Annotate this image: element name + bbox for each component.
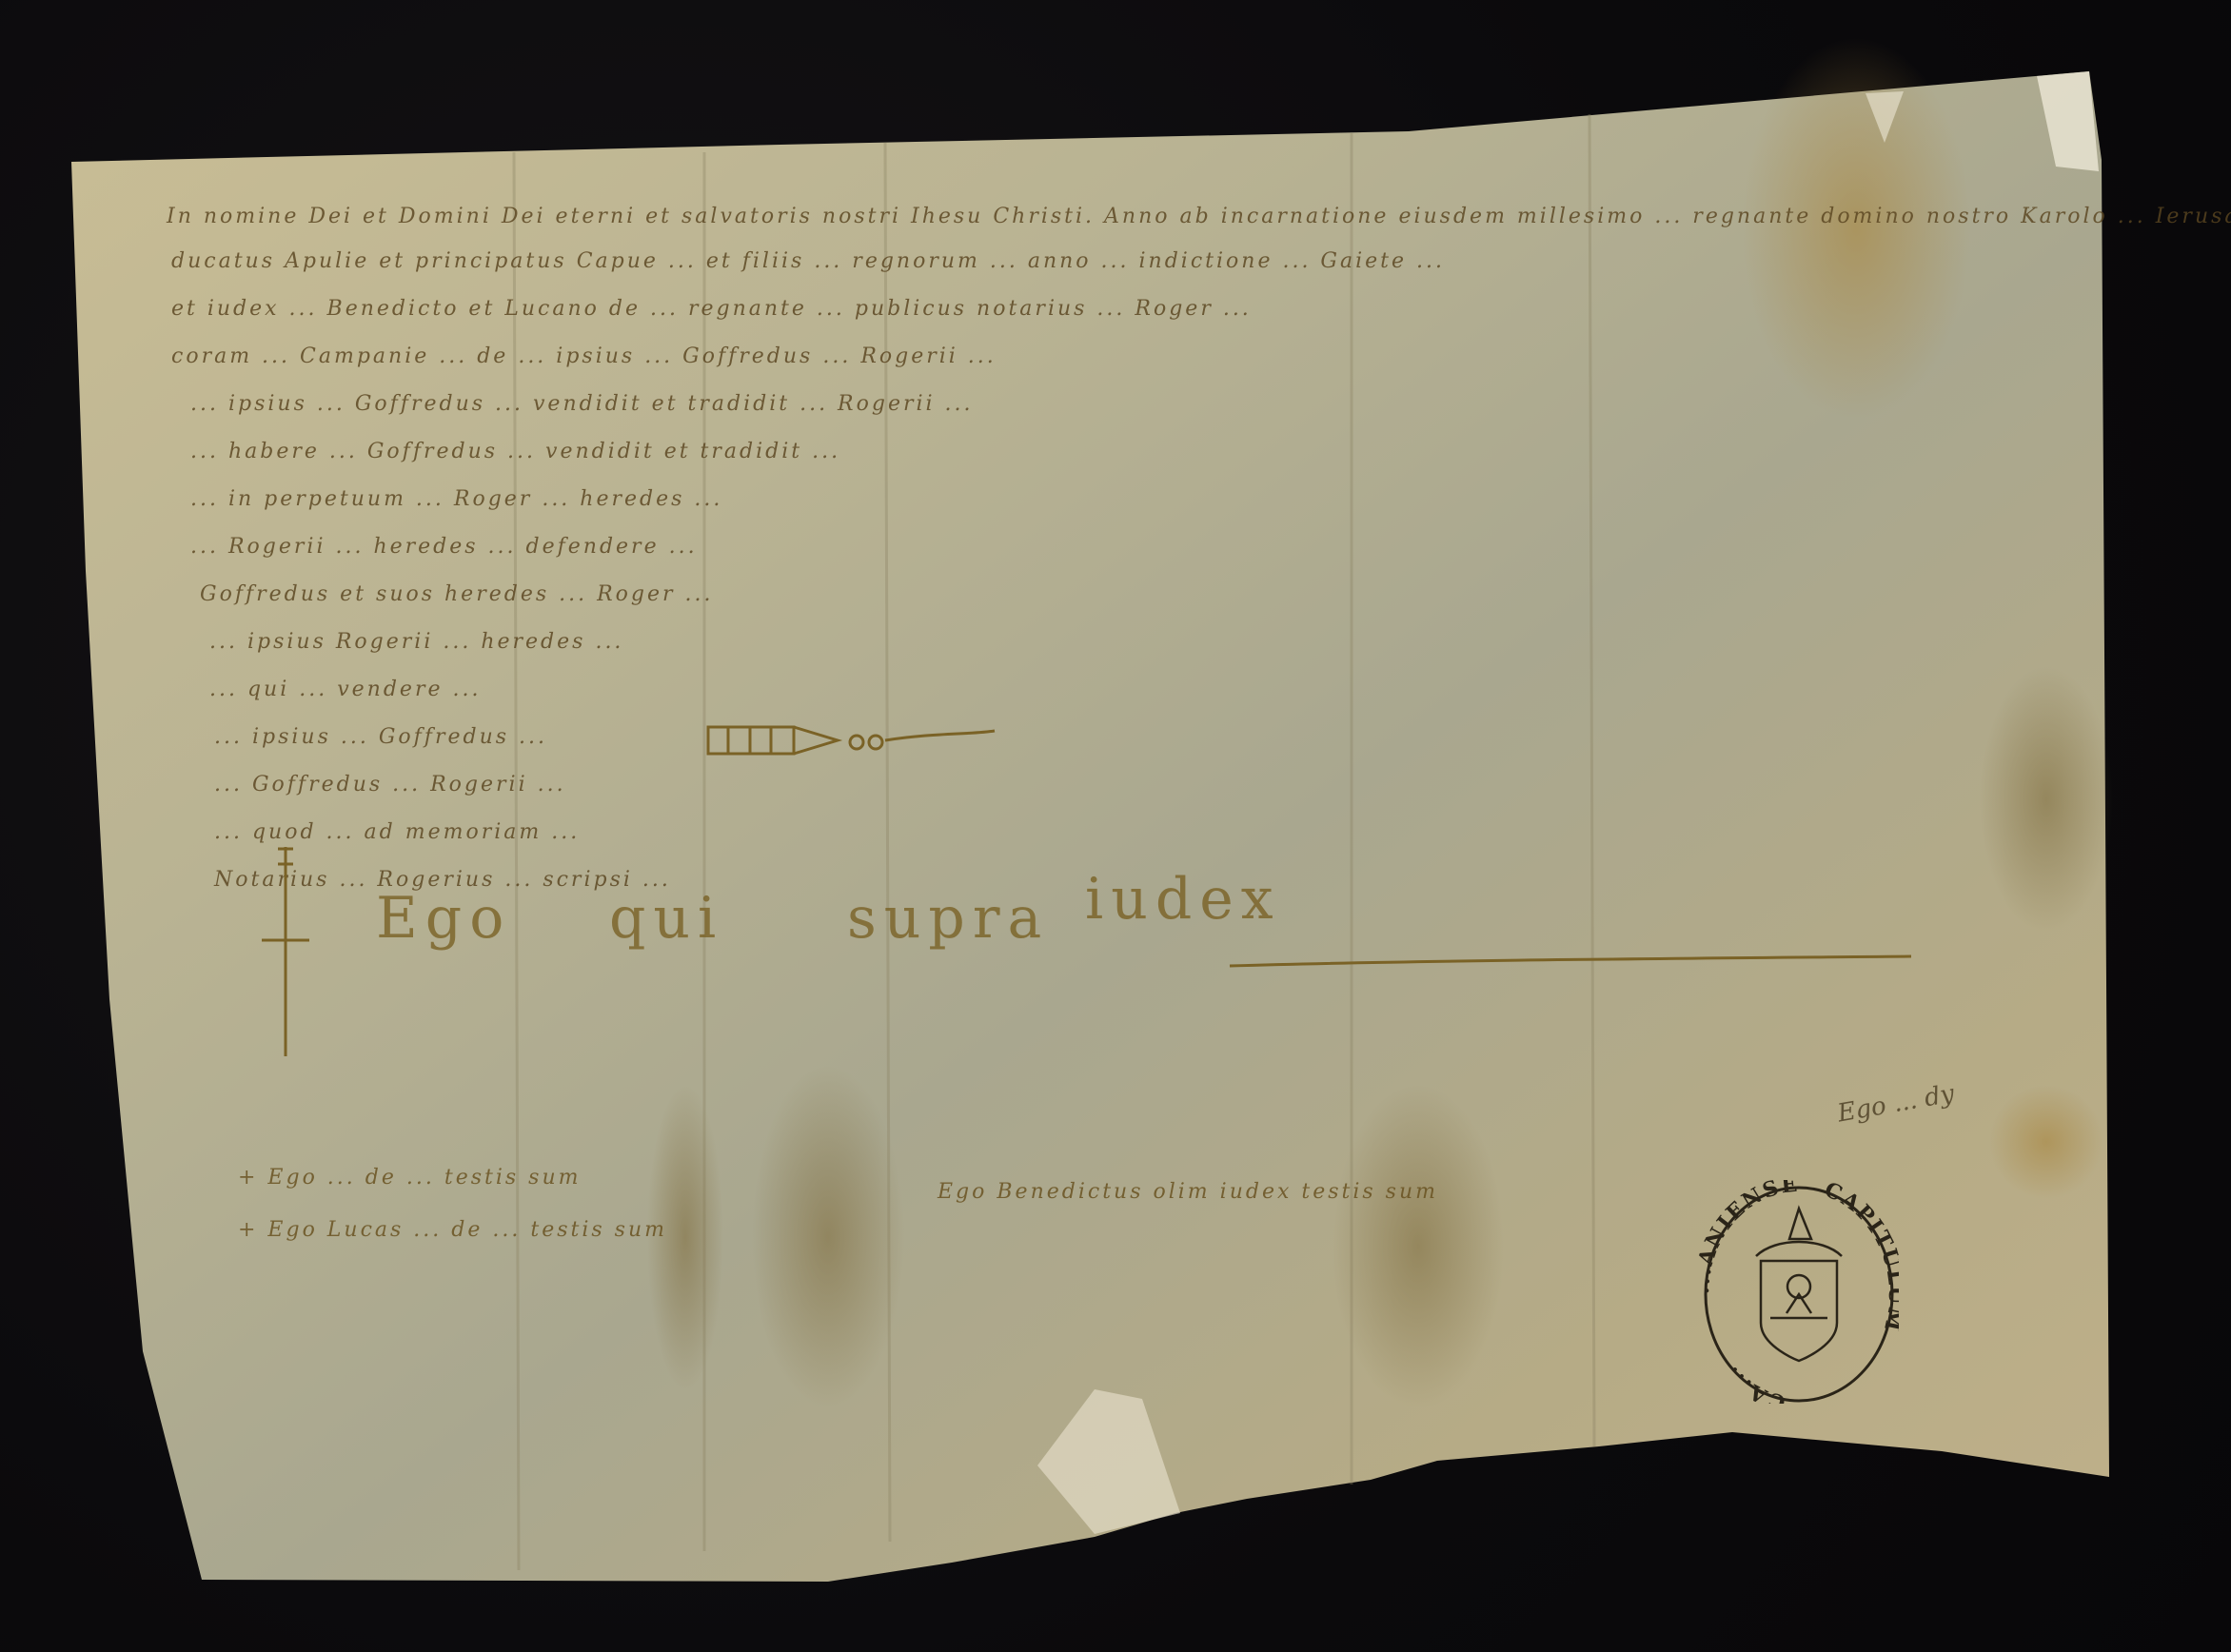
- parchment-sheet: [0, 0, 2231, 1652]
- parchment-shape: [0, 0, 2231, 1652]
